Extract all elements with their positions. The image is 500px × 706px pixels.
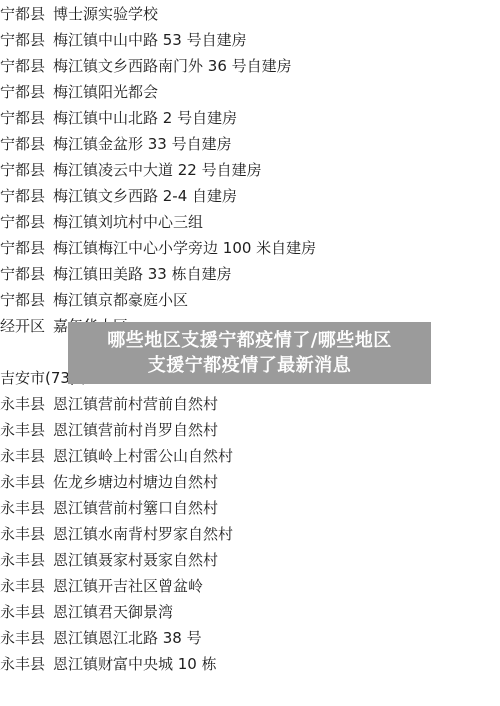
list-item: 宁都县 梅江镇中山北路 2 号自建房 xyxy=(0,105,500,131)
place-label: 恩江镇营前村营前自然村 xyxy=(53,391,218,417)
place-label: 恩江镇聂家村聂家自然村 xyxy=(53,547,218,573)
place-label: 博士源实验学校 xyxy=(53,1,158,27)
place-label: 梅江镇阳光都会 xyxy=(53,79,158,105)
place-label: 梅江镇文乡西路 2-4 自建房 xyxy=(53,183,237,209)
list-item: 宁都县 博士源实验学校 xyxy=(0,1,500,27)
list-item: 永丰县 恩江镇水南背村罗家自然村 xyxy=(0,521,500,547)
district-label: 宁都县 xyxy=(0,1,53,27)
district-label: 经开区 xyxy=(0,313,53,339)
place-label: 恩江镇君天御景湾 xyxy=(53,599,173,625)
banner-title-line-2: 支援宁都疫情了最新消息 xyxy=(68,353,431,378)
place-label: 恩江镇开吉社区曾盆岭 xyxy=(53,573,203,599)
district-label: 永丰县 xyxy=(0,547,53,573)
list-item: 宁都县 梅江镇中山中路 53 号自建房 xyxy=(0,27,500,53)
list-item: 宁都县 梅江镇梅江中心小学旁边 100 米自建房 xyxy=(0,235,500,261)
place-label: 梅江镇中山中路 53 号自建房 xyxy=(53,27,247,53)
list-item: 宁都县 梅江镇文乡西路 2-4 自建房 xyxy=(0,183,500,209)
district-label: 永丰县 xyxy=(0,651,53,677)
title-overlay-banner: 哪些地区支援宁都疫情了/哪些地区 支援宁都疫情了最新消息 xyxy=(68,322,431,384)
list-item: 宁都县 梅江镇文乡西路南门外 36 号自建房 xyxy=(0,53,500,79)
district-label: 永丰县 xyxy=(0,417,53,443)
list-item: 宁都县 梅江镇京都豪庭小区 xyxy=(0,287,500,313)
place-label: 恩江镇恩江北路 38 号 xyxy=(53,625,202,651)
place-label: 恩江镇水南背村罗家自然村 xyxy=(53,521,233,547)
list-item: 永丰县 恩江镇岭上村雷公山自然村 xyxy=(0,443,500,469)
district-label: 宁都县 xyxy=(0,79,53,105)
list-item: 宁都县 梅江镇凌云中大道 22 号自建房 xyxy=(0,157,500,183)
place-label: 佐龙乡塘边村塘边自然村 xyxy=(53,469,218,495)
list-item: 永丰县 恩江镇开吉社区曾盆岭 xyxy=(0,573,500,599)
list-item: 宁都县 梅江镇田美路 33 栋自建房 xyxy=(0,261,500,287)
place-label: 恩江镇财富中央城 10 栋 xyxy=(53,651,217,677)
place-label: 梅江镇文乡西路南门外 36 号自建房 xyxy=(53,53,292,79)
banner-title-line-1: 哪些地区支援宁都疫情了/哪些地区 xyxy=(68,328,431,353)
place-label: 梅江镇金盆形 33 号自建房 xyxy=(53,131,232,157)
list-item: 永丰县 恩江镇营前村簺口自然村 xyxy=(0,495,500,521)
list-item: 永丰县 恩江镇财富中央城 10 栋 xyxy=(0,651,500,677)
district-label: 永丰县 xyxy=(0,521,53,547)
place-label: 梅江镇京都豪庭小区 xyxy=(53,287,188,313)
list-item: 永丰县 恩江镇君天御景湾 xyxy=(0,599,500,625)
place-label: 恩江镇岭上村雷公山自然村 xyxy=(53,443,233,469)
list-item: 永丰县 恩江镇营前村营前自然村 xyxy=(0,391,500,417)
list-item: 宁都县 梅江镇金盆形 33 号自建房 xyxy=(0,131,500,157)
list-item: 永丰县 佐龙乡塘边村塘边自然村 xyxy=(0,469,500,495)
place-label: 梅江镇梅江中心小学旁边 100 米自建房 xyxy=(53,235,316,261)
district-label: 永丰县 xyxy=(0,573,53,599)
list-item: 宁都县 梅江镇阳光都会 xyxy=(0,79,500,105)
list-item: 永丰县 恩江镇营前村肖罗自然村 xyxy=(0,417,500,443)
district-label: 永丰县 xyxy=(0,495,53,521)
district-label: 宁都县 xyxy=(0,261,53,287)
place-label: 梅江镇田美路 33 栋自建房 xyxy=(53,261,232,287)
district-label: 永丰县 xyxy=(0,599,53,625)
district-label: 永丰县 xyxy=(0,443,53,469)
district-label: 宁都县 xyxy=(0,105,53,131)
district-label: 永丰县 xyxy=(0,391,53,417)
district-label: 宁都县 xyxy=(0,27,53,53)
district-label: 宁都县 xyxy=(0,53,53,79)
district-label: 宁都县 xyxy=(0,235,53,261)
district-label: 宁都县 xyxy=(0,183,53,209)
list-item: 永丰县 恩江镇恩江北路 38 号 xyxy=(0,625,500,651)
district-label: 永丰县 xyxy=(0,625,53,651)
district-label: 宁都县 xyxy=(0,157,53,183)
place-label: 恩江镇营前村肖罗自然村 xyxy=(53,417,218,443)
place-label: 梅江镇凌云中大道 22 号自建房 xyxy=(53,157,262,183)
district-label: 永丰县 xyxy=(0,469,53,495)
place-label: 恩江镇营前村簺口自然村 xyxy=(53,495,218,521)
list-item: 永丰县 恩江镇聂家村聂家自然村 xyxy=(0,547,500,573)
district-label: 宁都县 xyxy=(0,131,53,157)
district-label: 宁都县 xyxy=(0,287,53,313)
district-label: 宁都县 xyxy=(0,209,53,235)
list-item: 宁都县 梅江镇刘坑村中心三组 xyxy=(0,209,500,235)
place-label: 梅江镇中山北路 2 号自建房 xyxy=(53,105,237,131)
place-label: 梅江镇刘坑村中心三组 xyxy=(53,209,203,235)
